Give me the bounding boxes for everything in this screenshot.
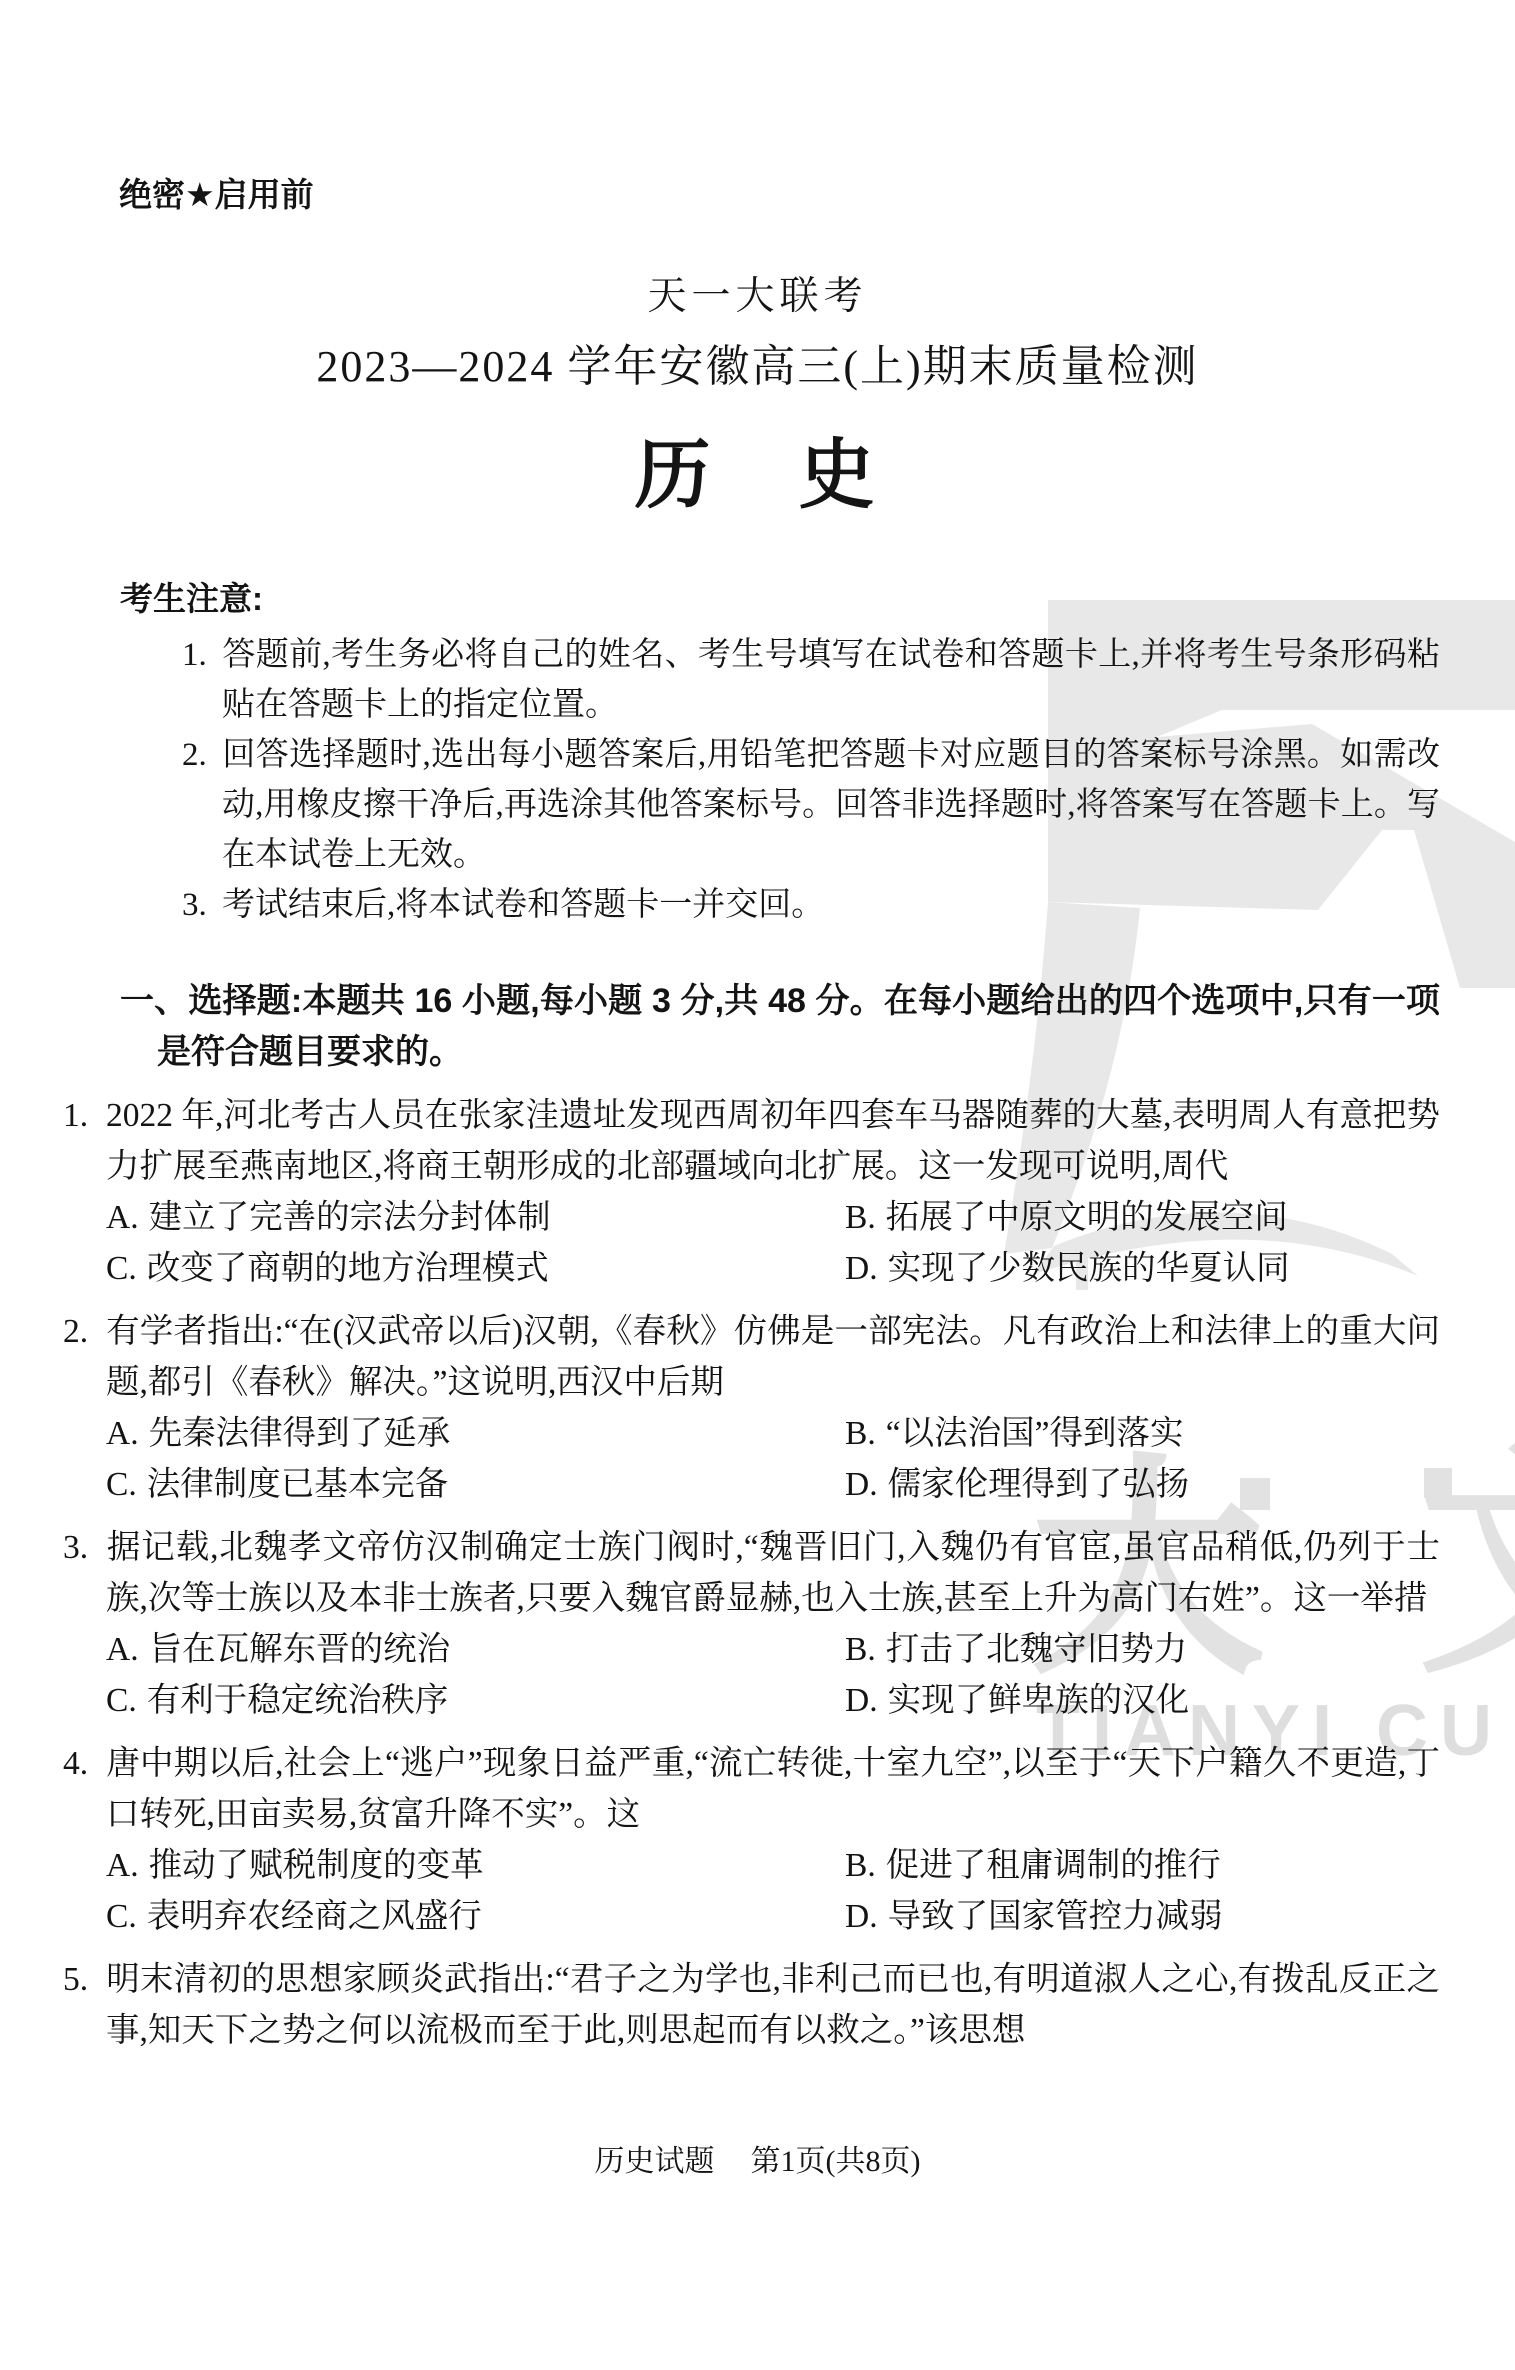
option-text: 旨在瓦解东晋的统治 xyxy=(149,1631,451,1668)
page-footer: 历史试题第1页(共8页) xyxy=(0,2142,1515,2182)
option-label: B. xyxy=(845,1415,876,1452)
question-number: 5. xyxy=(63,1954,106,2005)
question-4: 4.唐中期以后,社会上“逃户”现象日益严重,“流亡转徙,十室九空”,以至于“天下… xyxy=(63,1738,1440,1942)
option-text: 有利于稳定统治秩序 xyxy=(147,1682,449,1719)
question-stem-text: 唐中期以后,社会上“逃户”现象日益严重,“流亡转徙,十室九空”,以至于“天下户籍… xyxy=(106,1745,1440,1833)
option-label: D. xyxy=(845,1898,878,1935)
question-stem-text: 明末清初的思想家顾炎武指出:“君子之为学也,非利己而已也,有明道淑人之心,有拨乱… xyxy=(106,1961,1440,2049)
option-c: C.表明弃农经商之风盛行 xyxy=(106,1891,845,1942)
option-label: C. xyxy=(106,1250,137,1287)
option-a: A.建立了完善的宗法分封体制 xyxy=(106,1192,845,1243)
question-number: 3. xyxy=(63,1522,106,1573)
question-stem: 2.有学者指出:“在(汉武帝以后)汉朝,《春秋》仿佛是一部宪法。凡有政治上和法律… xyxy=(63,1306,1440,1408)
option-c: C.法律制度已基本完备 xyxy=(106,1459,845,1510)
option-d: D.导致了国家管控力减弱 xyxy=(845,1891,1223,1942)
notice-item-text: 考试结束后,将本试卷和答题卡一并交回。 xyxy=(222,887,824,923)
subject-title: 历 史 xyxy=(0,436,1515,516)
question-options: A.建立了完善的宗法分封体制 B.拓展了中原文明的发展空间 C.改变了商朝的地方… xyxy=(63,1192,1440,1294)
question-3: 3.据记载,北魏孝文帝仿汉制确定士族门阀时,“魏晋旧门,入魏仍有官宦,虽官品稍低… xyxy=(63,1522,1440,1726)
option-row: A.先秦法律得到了延承 B.“以法治国”得到落实 xyxy=(106,1408,1440,1459)
option-a: A.旨在瓦解东晋的统治 xyxy=(106,1624,845,1675)
option-d: D.实现了少数民族的华夏认同 xyxy=(845,1243,1290,1294)
notice-list: 1.答题前,考生务必将自己的姓名、考生号填写在试卷和答题卡上,并将考生号条形码粘… xyxy=(182,630,1440,930)
question-stem-text: 2022 年,河北考古人员在张家洼遗址发现西周初年四套车马器随葬的大墓,表明周人… xyxy=(106,1097,1440,1185)
option-label: C. xyxy=(106,1898,137,1935)
option-label: A. xyxy=(106,1199,139,1236)
option-text: 儒家伦理得到了弘扬 xyxy=(888,1466,1190,1503)
option-row: A.推动了赋税制度的变革 B.促进了租庸调制的推行 xyxy=(106,1840,1440,1891)
question-number: 4. xyxy=(63,1738,106,1789)
option-row: A.建立了完善的宗法分封体制 B.拓展了中原文明的发展空间 xyxy=(106,1192,1440,1243)
option-row: C.有利于稳定统治秩序 D.实现了鲜卑族的汉化 xyxy=(106,1675,1440,1726)
question-stem: 3.据记载,北魏孝文帝仿汉制确定士族门阀时,“魏晋旧门,入魏仍有官宦,虽官品稍低… xyxy=(63,1522,1440,1624)
question-stem: 1.2022 年,河北考古人员在张家洼遗址发现西周初年四套车马器随葬的大墓,表明… xyxy=(63,1090,1440,1192)
option-text: 先秦法律得到了延承 xyxy=(149,1415,451,1452)
question-2: 2.有学者指出:“在(汉武帝以后)汉朝,《春秋》仿佛是一部宪法。凡有政治上和法律… xyxy=(63,1306,1440,1510)
question-number: 1. xyxy=(63,1090,106,1141)
exam-title: 2023—2024 学年安徽高三(上)期末质量检测 xyxy=(0,338,1515,396)
option-row: C.法律制度已基本完备 D.儒家伦理得到了弘扬 xyxy=(106,1459,1440,1510)
option-label: C. xyxy=(106,1466,137,1503)
question-stem-text: 有学者指出:“在(汉武帝以后)汉朝,《春秋》仿佛是一部宪法。凡有政治上和法律上的… xyxy=(106,1313,1440,1401)
exam-page: 绝密★启用前 天一大联考 2023—2024 学年安徽高三(上)期末质量检测 历… xyxy=(0,172,1515,2182)
option-text: 改变了商朝的地方治理模式 xyxy=(147,1250,549,1287)
option-text: 实现了鲜卑族的汉化 xyxy=(888,1682,1190,1719)
question-options: A.先秦法律得到了延承 B.“以法治国”得到落实 C.法律制度已基本完备 D.儒… xyxy=(63,1408,1440,1510)
secrecy-label: 绝密★启用前 xyxy=(119,172,1515,218)
option-text: 表明弃农经商之风盛行 xyxy=(147,1898,482,1935)
option-c: C.改变了商朝的地方治理模式 xyxy=(106,1243,845,1294)
option-b: B.“以法治国”得到落实 xyxy=(845,1408,1183,1459)
option-d: D.实现了鲜卑族的汉化 xyxy=(845,1675,1189,1726)
option-b: B.促进了租庸调制的推行 xyxy=(845,1840,1221,1891)
question-stem: 4.唐中期以后,社会上“逃户”现象日益严重,“流亡转徙,十室九空”,以至于“天下… xyxy=(63,1738,1440,1840)
option-text: 导致了国家管控力减弱 xyxy=(888,1898,1223,1935)
question-5: 5.明末清初的思想家顾炎武指出:“君子之为学也,非利己而已也,有明道淑人之心,有… xyxy=(63,1954,1440,2056)
footer-doc-label: 历史试题 xyxy=(595,2145,715,2178)
option-label: D. xyxy=(845,1682,878,1719)
option-label: A. xyxy=(106,1847,139,1884)
option-label: D. xyxy=(845,1250,878,1287)
option-text: “以法治国”得到落实 xyxy=(886,1415,1184,1452)
option-text: 打击了北魏守旧势力 xyxy=(886,1631,1188,1668)
option-label: C. xyxy=(106,1682,137,1719)
question-stem: 5.明末清初的思想家顾炎武指出:“君子之为学也,非利己而已也,有明道淑人之心,有… xyxy=(63,1954,1440,2056)
option-text: 实现了少数民族的华夏认同 xyxy=(888,1250,1290,1287)
notice-item: 1.答题前,考生务必将自己的姓名、考生号填写在试卷和答题卡上,并将考生号条形码粘… xyxy=(182,630,1440,730)
option-b: B.拓展了中原文明的发展空间 xyxy=(845,1192,1288,1243)
option-label: B. xyxy=(845,1631,876,1668)
exam-organization: 天一大联考 xyxy=(0,272,1515,322)
option-row: A.旨在瓦解东晋的统治 B.打击了北魏守旧势力 xyxy=(106,1624,1440,1675)
option-label: B. xyxy=(845,1847,876,1884)
option-a: A.推动了赋税制度的变革 xyxy=(106,1840,845,1891)
option-b: B.打击了北魏守旧势力 xyxy=(845,1624,1187,1675)
option-row: C.改变了商朝的地方治理模式 D.实现了少数民族的华夏认同 xyxy=(106,1243,1440,1294)
question-stem-text: 据记载,北魏孝文帝仿汉制确定士族门阀时,“魏晋旧门,入魏仍有官宦,虽官品稍低,仍… xyxy=(106,1529,1440,1617)
option-a: A.先秦法律得到了延承 xyxy=(106,1408,845,1459)
option-text: 促进了租庸调制的推行 xyxy=(886,1847,1221,1884)
notice-item: 2.回答选择题时,选出每小题答案后,用铅笔把答题卡对应题目的答案标号涂黑。如需改… xyxy=(182,730,1440,880)
question-number: 2. xyxy=(63,1306,106,1357)
notice-item-number: 3. xyxy=(182,880,222,930)
option-label: A. xyxy=(106,1415,139,1452)
section-heading: 一、选择题:本题共 16 小题,每小题 3 分,共 48 分。在每小题给出的四个… xyxy=(120,976,1440,1078)
footer-page-info: 第1页(共8页) xyxy=(751,2145,921,2178)
notice-item: 3.考试结束后,将本试卷和答题卡一并交回。 xyxy=(182,880,1440,930)
question-options: A.推动了赋税制度的变革 B.促进了租庸调制的推行 C.表明弃农经商之风盛行 D… xyxy=(63,1840,1440,1942)
notice-item-text: 答题前,考生务必将自己的姓名、考生号填写在试卷和答题卡上,并将考生号条形码粘贴在… xyxy=(222,637,1440,723)
notice-item-number: 1. xyxy=(182,630,222,680)
question-options: A.旨在瓦解东晋的统治 B.打击了北魏守旧势力 C.有利于稳定统治秩序 D.实现… xyxy=(63,1624,1440,1726)
question-1: 1.2022 年,河北考古人员在张家洼遗址发现西周初年四套车马器随葬的大墓,表明… xyxy=(63,1090,1440,1294)
option-text: 法律制度已基本完备 xyxy=(147,1466,449,1503)
option-label: B. xyxy=(845,1199,876,1236)
option-d: D.儒家伦理得到了弘扬 xyxy=(845,1459,1189,1510)
notice-item-number: 2. xyxy=(182,730,222,780)
option-label: A. xyxy=(106,1631,139,1668)
option-text: 拓展了中原文明的发展空间 xyxy=(886,1199,1288,1236)
notice-title: 考生注意: xyxy=(120,578,1515,620)
option-text: 建立了完善的宗法分封体制 xyxy=(149,1199,551,1236)
notice-item-text: 回答选择题时,选出每小题答案后,用铅笔把答题卡对应题目的答案标号涂黑。如需改动,… xyxy=(222,737,1440,873)
option-row: C.表明弃农经商之风盛行 D.导致了国家管控力减弱 xyxy=(106,1891,1440,1942)
option-c: C.有利于稳定统治秩序 xyxy=(106,1675,845,1726)
option-label: D. xyxy=(845,1466,878,1503)
option-text: 推动了赋税制度的变革 xyxy=(149,1847,484,1884)
